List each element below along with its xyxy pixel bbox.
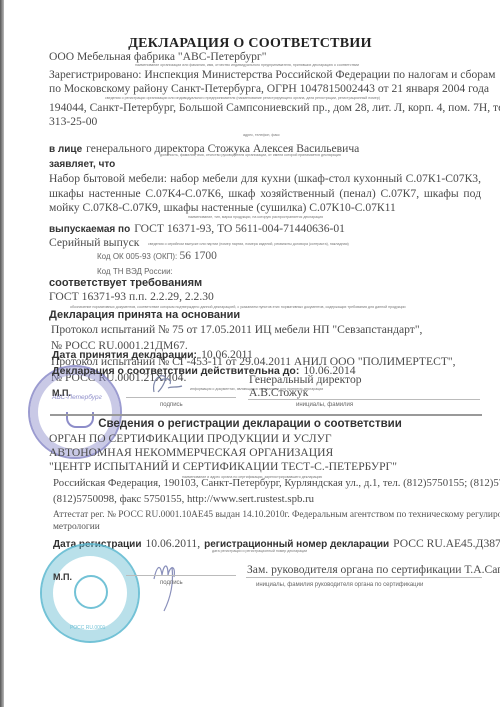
declares-value: Набор бытовой мебели: набор мебели для к… <box>49 172 481 216</box>
declares-label: заявляет, что <box>49 159 115 170</box>
certification-stamp-text: РОСС RU.0001 <box>70 625 105 631</box>
serial-caption: сведения о серийном выпуске или партии (… <box>148 242 349 246</box>
page-left-edge <box>0 0 4 707</box>
okp-code-value: 56 1700 <box>179 250 216 262</box>
rostest-emblem-icon <box>74 575 108 609</box>
registration-line-2: по Московскому району Санкт-Петербурга, … <box>49 82 489 96</box>
produced-by-label: выпускаемая по <box>49 224 130 235</box>
produced-by-value: ГОСТ 16371-93, ТО 5611-004-71440636-01 <box>134 222 345 235</box>
attestat-line-1: Аттестат рег. № РОСС RU.0001.10АЕ45 выда… <box>53 509 500 521</box>
address-caption: адрес, телефон, факс <box>243 133 280 137</box>
serial-release: Серийный выпуск <box>49 236 139 250</box>
signature-caption-2: подпись <box>160 580 183 586</box>
director-position: Генеральный директор <box>249 373 362 387</box>
name-caption-1: инициалы, фамилия <box>296 402 353 408</box>
okp-code-label: Код ОК 005-93 (ОКП): <box>97 252 177 261</box>
cert-body-address-2: (812)5750098, факс 5750155, http://www.s… <box>53 492 314 506</box>
tnved-code-row: Код ТН ВЭД России: <box>97 265 173 277</box>
registration-date-value: 10.06.2011, <box>145 537 200 550</box>
tnved-code-label: Код ТН ВЭД России: <box>97 267 173 276</box>
stamp-place-mark-1: М.П. <box>52 388 71 398</box>
cert-body-line-2: АВТОНОМНАЯ НЕКОММЕРЧЕСКАЯ ОРГАНИЗАЦИЯ <box>49 446 333 460</box>
represented-by-label: в лице <box>49 144 82 155</box>
accepted-date-value: 10.06.2011 <box>201 348 253 361</box>
conforms-value: ГОСТ 16371-93 п.п. 2.2.29, 2.2.30 <box>49 290 214 304</box>
accepted-date-label: Дата принятия декларации: <box>52 349 197 361</box>
director-name: А.В.Стожук <box>249 386 308 400</box>
signature-caption-1: подпись <box>160 402 183 408</box>
name-caption-2: инициалы, фамилия руководителя органа по… <box>256 582 423 588</box>
stamp-place-mark-2: М.П. <box>53 572 72 582</box>
cert-body-line-1: ОРГАН ПО СЕРТИФИКАЦИИ ПРОДУКЦИИ И УСЛУГ <box>49 432 332 446</box>
basis-label: Декларация принята на основании <box>49 309 240 321</box>
applicant-name: ООО Мебельная фабрика "АВС-Петербург" <box>49 50 266 64</box>
attestat-line-2: метрологии <box>53 521 100 533</box>
section-divider <box>50 414 482 416</box>
registration-line-1: Зарегистрировано: Инспекция Министерства… <box>49 68 496 82</box>
name-line-2 <box>246 577 482 578</box>
conforms-label: соответствует требованиям <box>49 277 202 289</box>
deputy-head-name: Зам. руководителя органа по сертификации… <box>247 563 500 577</box>
signature-line-1 <box>126 397 236 398</box>
registration-heading: Сведения о регистрации декларации о соот… <box>0 418 500 430</box>
registration-date-caption: дата регистрации и регистрационный номер… <box>212 549 307 553</box>
registration-number-value: РОСС RU.АЕ45.Д38705 <box>393 537 500 550</box>
cert-body-address-1: Российская Федерация, 190103, Санкт-Пете… <box>53 476 500 490</box>
address-line-1: 194044, Санкт-Петербург, Большой Сампсон… <box>49 101 500 115</box>
director-signature-icon <box>148 372 188 396</box>
registration-caption: сведения о регистрации организации или и… <box>105 96 380 100</box>
certification-body-stamp: РОСС RU.0001 <box>40 543 140 643</box>
okp-code-row: Код ОК 005-93 (ОКП): 56 1700 <box>97 250 217 262</box>
represented-by-caption: должность, фамилия, имя, отчество руково… <box>160 153 341 157</box>
produced-by-row: выпускаемая по ГОСТ 16371-93, ТО 5611-00… <box>49 219 345 237</box>
signature-line-2 <box>126 575 236 576</box>
basis-line-1: Протокол испытаний № 75 от 17.05.2011 ИЦ… <box>51 323 422 337</box>
applicant-name-caption: наименование организации или фамилия, им… <box>135 63 359 67</box>
name-line-1 <box>248 399 480 400</box>
cert-body-line-3: "ЦЕНТР ИСПЫТАНИЙ И СЕРТИФИКАЦИИ ТЕСТ-С.-… <box>49 460 397 474</box>
address-line-2: 313-25-00 <box>49 115 97 129</box>
